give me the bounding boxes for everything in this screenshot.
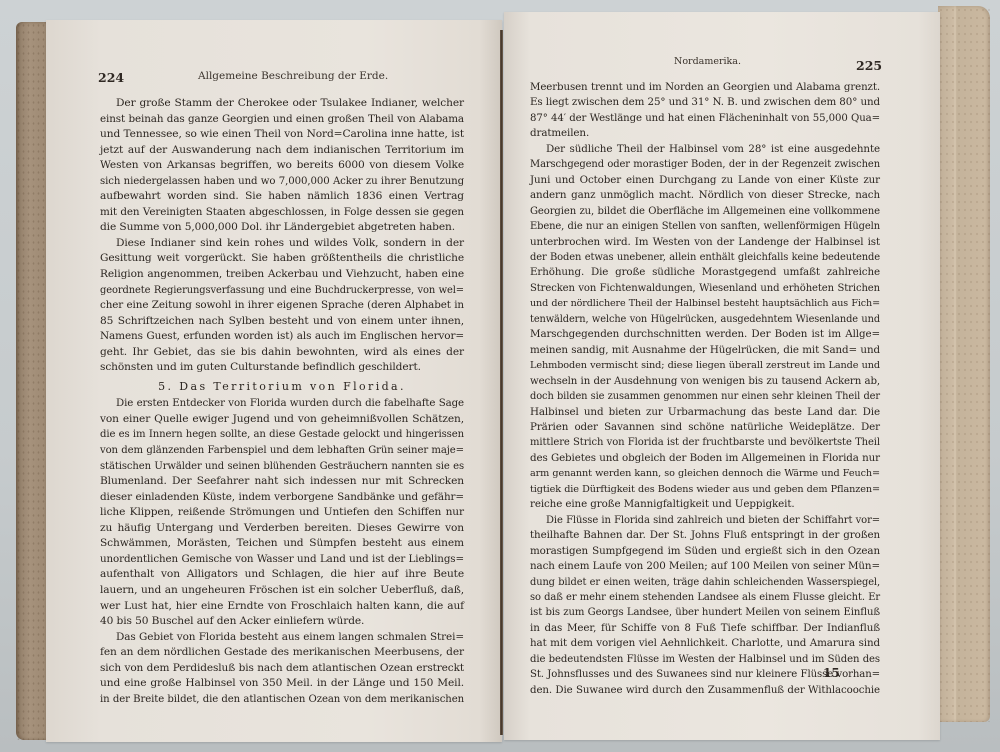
text-line: Erhöhung. Die große südliche Morastgegen…	[530, 265, 880, 280]
left-page-body: Der große Stamm der Cherokee oder Tsulak…	[100, 96, 464, 707]
text-line: in der Breite bildet, die den atlantisch…	[100, 692, 464, 708]
text-line: Westen von Arkansas begriffen, wo bereit…	[100, 158, 464, 174]
text-line: mittlere Strich von Florida ist der fruc…	[530, 435, 880, 450]
text-line: so daß er mehr einem stehenden Landsee a…	[530, 590, 880, 605]
text-line: Es liegt zwischen dem 25° und 31° N. B. …	[530, 95, 880, 110]
text-line: 85 Schriftzeichen nach Sylben besteht un…	[100, 314, 464, 330]
left-page-number: 224	[98, 70, 124, 85]
text-line: Namens Guest, erfunden worden ist) als a…	[100, 329, 464, 345]
text-line: schönsten und im guten Culturstande befi…	[100, 360, 464, 376]
text-line: Halbinsel und bieten zur Urbarmachung da…	[530, 405, 880, 420]
text-line: lauern, und an ungeheuren Fröschen ist e…	[100, 583, 464, 599]
text-line: dung bildet er einen weiten, träge dahin…	[530, 575, 880, 590]
text-line: stätischen Urwälder und seinen blühenden…	[100, 459, 464, 475]
text-line: Der südliche Theil der Halbinsel vom 28°…	[530, 142, 880, 157]
text-line: Marschgegend oder morastiger Boden, der …	[530, 157, 880, 172]
text-line: 40 bis 50 Buschel auf den Acker einliefe…	[100, 614, 464, 630]
text-line: ist bis zum Georgs Landsee, über hundert…	[530, 605, 880, 620]
right-page-number: 225	[856, 58, 882, 73]
text-line: Juni und October einen Durchgang zu Land…	[530, 173, 880, 188]
text-line: Religion angenommen, treiben Ackerbau un…	[100, 267, 464, 283]
text-line: liche Klippen, reißende Strömungen und U…	[100, 505, 464, 521]
text-line: jetzt auf der Auswanderung nach dem indi…	[100, 143, 464, 159]
text-line: fen an dem nördlichen Gestade des merika…	[100, 645, 464, 661]
text-line: Die ersten Entdecker von Florida wurden …	[100, 396, 464, 412]
text-line: 87° 44′ der Westlänge und hat einen Fläc…	[530, 111, 880, 126]
text-line: Strecken von Fichtenwaldungen, Wiesenlan…	[530, 281, 880, 296]
right-running-head: Nordamerika.	[674, 56, 741, 67]
text-line: Der große Stamm der Cherokee oder Tsulak…	[100, 96, 464, 112]
text-line: unordentlichen Gemische von Wasser und L…	[100, 552, 464, 568]
text-line: Marschgegenden durchschnitten werden. De…	[530, 327, 880, 342]
text-line: den. Die Suwanee wird durch den Zusammen…	[530, 683, 880, 698]
text-line: aufenthalt von Alligators und Schlagen, …	[100, 567, 464, 583]
text-line: theilhafte Bahnen dar. Der St. Johns Flu…	[530, 528, 880, 543]
text-line: von einer Quelle ewiger Jugend und von g…	[100, 412, 464, 428]
right-page-block-edge	[938, 6, 990, 722]
section-title: 5. Das Territorium von Florida.	[100, 376, 464, 397]
text-line: Die Flüsse in Florida sind zahlreich und…	[530, 513, 880, 528]
text-line: Diese Indianer sind kein rohes und wilde…	[100, 236, 464, 252]
text-line: morastigen Sumpfgegend im Süden und ergi…	[530, 544, 880, 559]
paragraph: Der große Stamm der Cherokee oder Tsulak…	[100, 96, 464, 236]
text-line: aufbewahrt worden sind. Sie haben nämlic…	[100, 189, 464, 205]
left-page-block-edge	[16, 22, 50, 740]
text-line: Lehmboden vermischt sind; diese liegen ü…	[530, 358, 880, 373]
text-line: unterbrochen wird. Im Westen von der Lan…	[530, 235, 880, 250]
text-line: die Summe von 5,000,000 Dol. ihr Länderg…	[100, 220, 464, 236]
text-line: Schwämmen, Morästen, Teichen und Sümpfen…	[100, 536, 464, 552]
text-line: sich von dem Perdidesluß bis nach dem at…	[100, 661, 464, 677]
paragraph: Meerbusen trennt und im Norden an Georgi…	[530, 80, 880, 142]
text-line: reiche eine große Mannigfaltigkeit und U…	[530, 497, 880, 512]
text-line: geordnete Regierungsverfassung und eine …	[100, 283, 464, 299]
text-line: des Gebietes und obgleich der Boden im A…	[530, 451, 880, 466]
text-line: geht. Ihr Gebiet, das sie bis dahin bewo…	[100, 345, 464, 361]
text-line: Gesittung weit vorgerückt. Sie haben grö…	[100, 251, 464, 267]
text-line: die bedeutendsten Flüsse im Westen der H…	[530, 652, 880, 667]
text-line: einst beinah das ganze Georgien und eine…	[100, 112, 464, 128]
text-line: zu häufig Untergang und Verderben bereit…	[100, 521, 464, 537]
text-line: und eine große Halbinsel von 350 Meil. i…	[100, 676, 464, 692]
text-line: Meerbusen trennt und im Norden an Georgi…	[530, 80, 880, 95]
text-line: die es im Innern hegen sollte, an diese …	[100, 427, 464, 443]
book-gutter	[500, 30, 503, 735]
text-line: und Tennessee, so wie einen Theil von No…	[100, 127, 464, 143]
right-page-body: Meerbusen trennt und im Norden an Georgi…	[530, 80, 880, 698]
text-line: sich niedergelassen haben und wo 7,000,0…	[100, 174, 464, 190]
text-line: tenwäldern, welche von Hügelrücken, ausg…	[530, 312, 880, 327]
text-line: und der nördlichere Theil der Halbinsel …	[530, 296, 880, 311]
paragraph: Diese Indianer sind kein rohes und wilde…	[100, 236, 464, 376]
paragraph: Der südliche Theil der Halbinsel vom 28°…	[530, 142, 880, 513]
text-line: Georgien zu, bildet die Oberfläche im Al…	[530, 204, 880, 219]
text-line: dratmeilen.	[530, 126, 880, 141]
text-line: hat mit dem vorigen viel Aehnlichkeit. C…	[530, 636, 880, 651]
text-line: mit den Vereinigten Staaten abgeschlosse…	[100, 205, 464, 221]
paragraph: Das Gebiet von Florida besteht aus einem…	[100, 630, 464, 708]
text-line: Prärien oder Savannen sind schöne natürl…	[530, 420, 880, 435]
text-line: tigtiek die Dürftigkeit des Bodens wiede…	[530, 482, 880, 497]
text-line: nach einem Laufe von 200 Meilen; auf 100…	[530, 559, 880, 574]
left-running-head: Allgemeine Beschreibung der Erde.	[198, 70, 388, 82]
text-line: meinen sandig, mit Ausnahme der Hügelrüc…	[530, 343, 880, 358]
text-line: von dem glänzenden Farbenspiel und dem l…	[100, 443, 464, 459]
text-line: cher eine Zeitung sowohl in ihrer eigene…	[100, 298, 464, 314]
text-line: dieser einladenden Küste, indem verborge…	[100, 490, 464, 506]
text-line: wechseln in der Ausdehnung von wenigen b…	[530, 374, 880, 389]
text-line: Blumenland. Der Seefahrer naht sich inde…	[100, 474, 464, 490]
signature-mark: 15	[823, 666, 840, 680]
text-line: andern ganz unmöglich macht. Nördlich vo…	[530, 188, 880, 203]
text-line: arm genannt werden kann, so gleichen den…	[530, 466, 880, 481]
text-line: Ebene, die nur an einigen Stellen von sa…	[530, 219, 880, 234]
paragraph: Die ersten Entdecker von Florida wurden …	[100, 396, 464, 629]
text-line: Das Gebiet von Florida besteht aus einem…	[100, 630, 464, 646]
text-line: der Boden etwas unebener, allein enthält…	[530, 250, 880, 265]
text-line: wer Lust hat, hier eine Erndte von Frosc…	[100, 599, 464, 615]
text-line: doch bilden sie zusammen genommen nur ei…	[530, 389, 880, 404]
text-line: in das Meer, für Schiffe von 8 Fuß Tiefe…	[530, 621, 880, 636]
